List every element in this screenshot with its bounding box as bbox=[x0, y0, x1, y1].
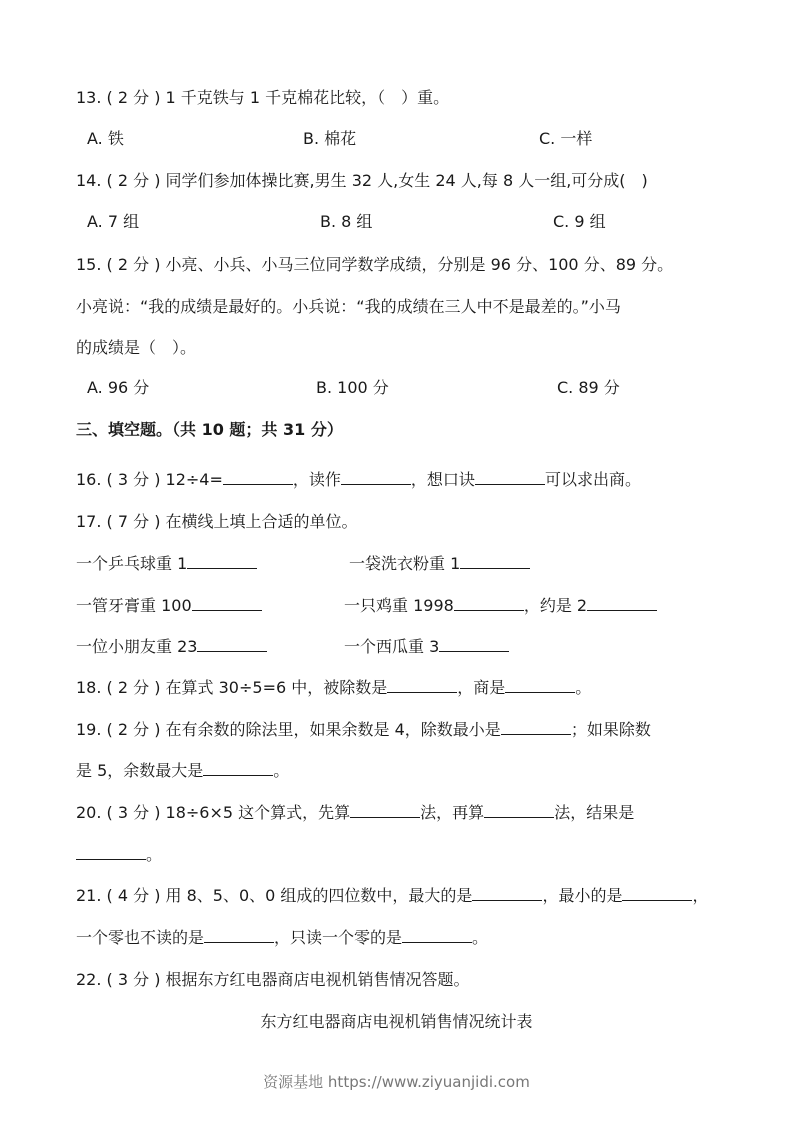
answer-blank[interactable] bbox=[203, 761, 273, 776]
answer-blank[interactable] bbox=[454, 596, 524, 611]
answer-blank[interactable] bbox=[223, 470, 293, 485]
answer-blank[interactable] bbox=[472, 886, 542, 901]
table-title: 东方红电器商店电视机销售情况统计表 bbox=[0, 1012, 793, 1032]
answer-blank[interactable] bbox=[402, 928, 472, 943]
q14-stem: 14. ( 2 分 ) 同学们参加体操比赛,男生 32 人,女生 24 人,每 … bbox=[76, 171, 648, 191]
q14-option-c: C. 9 组 bbox=[553, 212, 606, 232]
answer-blank[interactable] bbox=[622, 886, 692, 901]
q15-stem-line3: 的成绩是（ ）。 bbox=[76, 338, 196, 358]
answer-blank[interactable] bbox=[587, 596, 657, 611]
footer-watermark: 资源基地 https://www.ziyuanjidi.com bbox=[0, 1071, 793, 1092]
q15-option-b: B. 100 分 bbox=[316, 378, 389, 398]
q22-stem: 22. ( 3 分 ) 根据东方红电器商店电视机销售情况答题。 bbox=[76, 970, 470, 990]
q17-item: 一个西瓜重 3 bbox=[344, 637, 509, 657]
answer-blank[interactable] bbox=[387, 678, 457, 693]
question-20: 20. ( 3 分 ) 18÷6×5 这个算式，先算法，再算法，结果是 bbox=[76, 803, 634, 823]
answer-blank[interactable] bbox=[341, 470, 411, 485]
answer-blank[interactable] bbox=[501, 720, 571, 735]
q13-option-a: A. 铁 bbox=[87, 129, 124, 149]
q15-option-c: C. 89 分 bbox=[557, 378, 620, 398]
answer-blank[interactable] bbox=[76, 845, 146, 860]
answer-blank[interactable] bbox=[192, 596, 262, 611]
q14-option-a: A. 7 组 bbox=[87, 212, 139, 232]
q17-stem: 17. ( 7 分 ) 在横线上填上合适的单位。 bbox=[76, 512, 358, 532]
q15-option-a: A. 96 分 bbox=[87, 378, 149, 398]
question-20-line2: 。 bbox=[76, 845, 162, 865]
q17-item: 一只鸡重 1998，约是 2 bbox=[344, 596, 657, 616]
answer-blank[interactable] bbox=[197, 637, 267, 652]
answer-blank[interactable] bbox=[350, 803, 420, 818]
answer-blank[interactable] bbox=[484, 803, 554, 818]
answer-blank[interactable] bbox=[187, 554, 257, 569]
q17-item: 一位小朋友重 23 bbox=[76, 637, 267, 657]
answer-blank[interactable] bbox=[475, 470, 545, 485]
answer-blank[interactable] bbox=[439, 637, 509, 652]
q17-item: 一袋洗衣粉重 1 bbox=[349, 554, 530, 574]
answer-blank[interactable] bbox=[460, 554, 530, 569]
question-19: 19. ( 2 分 ) 在有余数的除法里，如果余数是 4，除数最小是；如果除数 bbox=[76, 720, 651, 740]
q15-stem-line2: 小亮说：“我的成绩是最好的。小兵说：“我的成绩在三人中不是最差的。”小马 bbox=[76, 297, 621, 317]
question-19-line2: 是 5，余数最大是。 bbox=[76, 761, 289, 781]
q13-option-b: B. 棉花 bbox=[303, 129, 356, 149]
q15-stem-line1: 15. ( 2 分 ) 小亮、小兵、小马三位同学数学成绩，分别是 96 分、10… bbox=[76, 255, 673, 275]
q17-item: 一个乒乓球重 1 bbox=[76, 554, 257, 574]
q14-option-b: B. 8 组 bbox=[320, 212, 372, 232]
q13-stem: 13. ( 2 分 ) 1 千克铁与 1 千克棉花比较，（ ）重。 bbox=[76, 88, 449, 108]
q13-option-c: C. 一样 bbox=[539, 129, 592, 149]
question-16: 16. ( 3 分 ) 12÷4=，读作，想口诀可以求出商。 bbox=[76, 470, 641, 490]
q17-item: 一管牙膏重 100 bbox=[76, 596, 262, 616]
section-3-heading: 三、填空题。（共 10 题；共 31 分） bbox=[76, 420, 343, 440]
question-18: 18. ( 2 分 ) 在算式 30÷5=6 中，被除数是，商是。 bbox=[76, 678, 591, 698]
question-21-line2: 一个零也不读的是，只读一个零的是。 bbox=[76, 928, 488, 948]
answer-blank[interactable] bbox=[505, 678, 575, 693]
answer-blank[interactable] bbox=[204, 928, 274, 943]
question-21: 21. ( 4 分 ) 用 8、5、0、0 组成的四位数中，最大的是，最小的是， bbox=[76, 886, 708, 906]
